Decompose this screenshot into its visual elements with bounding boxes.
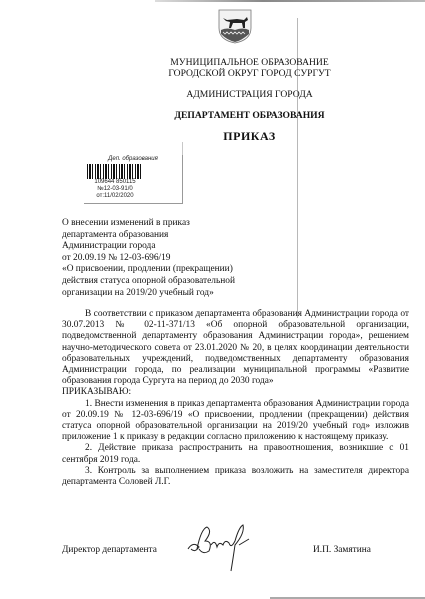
registration-stamp: Деп. образования 109644 850115 №12-03-91… bbox=[84, 155, 183, 204]
municipality-title: МУНИЦИПАЛЬНОЕ ОБРАЗОВАНИЕ ГОРОДСКОЙ ОКРУ… bbox=[37, 57, 425, 79]
order-item-3: 3. Контроль за выполнением приказа возло… bbox=[62, 466, 409, 488]
subject-line: действия статуса опорной образовательной bbox=[62, 276, 302, 288]
subject-line: «О присвоении, продлении (прекращении) bbox=[62, 264, 302, 276]
registration-date: от:11/02/2020 bbox=[87, 193, 143, 199]
barcode-number: 109644 850115 bbox=[87, 179, 143, 185]
handwritten-signature-icon bbox=[183, 519, 273, 579]
municipality-line-2: ГОРОДСКОЙ ОКРУГ ГОРОД СУРГУТ bbox=[37, 68, 425, 79]
municipality-line-1: МУНИЦИПАЛЬНОЕ ОБРАЗОВАНИЕ bbox=[37, 57, 425, 68]
subject-line: организации на 2019/20 учебный год» bbox=[62, 288, 302, 300]
signatory-role: Директор департамента bbox=[62, 545, 157, 555]
subject-line: О внесении изменений в приказ bbox=[62, 218, 302, 230]
order-subject: О внесении изменений в приказ департамен… bbox=[62, 218, 302, 299]
document-type-title: ПРИКАЗ bbox=[37, 131, 425, 142]
registration-number: №12-03-91/0 bbox=[87, 186, 143, 192]
subject-line: от 20.09.19 № 12-03-696/19 bbox=[62, 253, 302, 265]
scan-border-top bbox=[155, 0, 425, 2]
administration-title: АДМИНИСТРАЦИЯ ГОРОДА bbox=[37, 89, 425, 100]
order-body: В соответствии с приказом департамента о… bbox=[62, 309, 409, 488]
subject-line: департамента образования bbox=[62, 230, 302, 242]
order-word: ПРИКАЗЫВАЮ: bbox=[62, 387, 409, 398]
preamble-paragraph: В соответствии с приказом департамента о… bbox=[62, 309, 409, 387]
order-item-2: 2. Действие приказа распространить на пр… bbox=[62, 443, 409, 465]
coat-of-arms-icon bbox=[217, 8, 253, 44]
signature-block: Директор департамента И.П. Замятина bbox=[62, 537, 409, 597]
order-item-1: 1. Внести изменения в приказ департамент… bbox=[62, 399, 409, 444]
subject-line: Администрации города bbox=[62, 241, 302, 253]
stamp-label: Деп. образования bbox=[87, 156, 179, 162]
barcode-icon bbox=[87, 164, 143, 179]
signatory-name: И.П. Замятина bbox=[313, 545, 371, 555]
department-title: ДЕПАРТАМЕНТ ОБРАЗОВАНИЯ bbox=[37, 110, 425, 121]
